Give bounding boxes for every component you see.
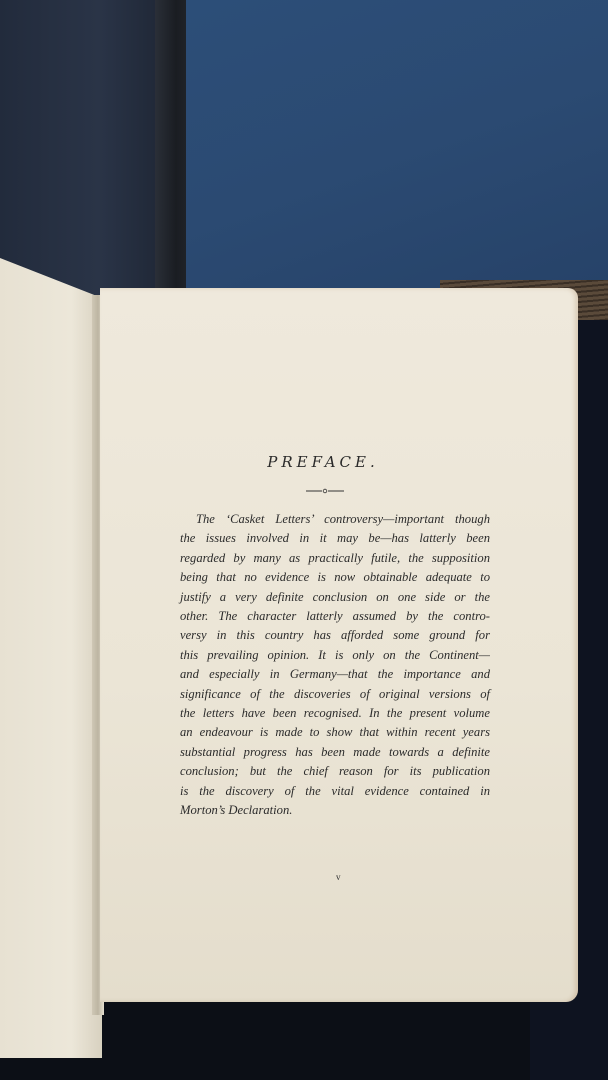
page-title: PREFACE. [0, 453, 608, 471]
background-book-right [186, 0, 608, 300]
text-line: is the discovery of the vital evidence c… [180, 782, 490, 801]
text-line: other. The character latterly assumed by… [180, 607, 490, 626]
text-line: an endeavour is made to show that within… [180, 723, 490, 742]
background-book-left [0, 0, 165, 310]
ornament-divider-icon [306, 488, 344, 494]
left-page [0, 258, 102, 1058]
text-line: versy in this country has afforded some … [180, 626, 490, 645]
text-line: justify a very definite conclusion on on… [180, 588, 490, 607]
preface-body: The ‘Casket Letters’ controversy—importa… [180, 510, 490, 821]
text-line: regarded by many as practically futile, … [180, 549, 490, 568]
signature-mark: v [336, 872, 341, 882]
text-line: The ‘Casket Letters’ controversy—importa… [180, 510, 490, 529]
text-line: this prevailing opinion. It is only on t… [180, 646, 490, 665]
text-line: substantial progress has been made towar… [180, 743, 490, 762]
text-line: Morton’s Declaration. [180, 801, 490, 820]
text-line: and especially in Germany—that the impor… [180, 665, 490, 684]
text-line: the letters have been recognised. In the… [180, 704, 490, 723]
text-line: being that no evidence is now obtainable… [180, 568, 490, 587]
text-line: the issues involved in it may be—has lat… [180, 529, 490, 548]
text-line: significance of the discoveries of origi… [180, 685, 490, 704]
text-line: conclusion; but the chief reason for its… [180, 762, 490, 781]
